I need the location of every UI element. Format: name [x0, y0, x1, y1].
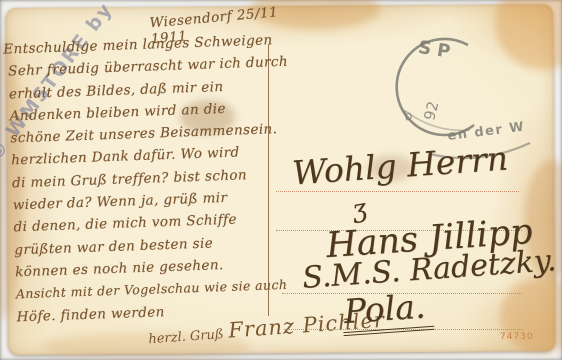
- postmark-town-text: SP: [417, 37, 458, 64]
- postcard-scan: © WMSTORE by Walkner Wiesendorf 25/11 19…: [0, 0, 562, 360]
- message-body: Entschuldige mein langes Schweigen Sehr …: [1, 29, 275, 328]
- postmark-date-number: 92: [420, 99, 442, 122]
- postmark-index-letter: b: [402, 108, 414, 125]
- address-city-line: Pola.: [341, 286, 435, 336]
- serial-number: 74730: [500, 332, 534, 342]
- address-city-text: Pola.: [341, 286, 435, 336]
